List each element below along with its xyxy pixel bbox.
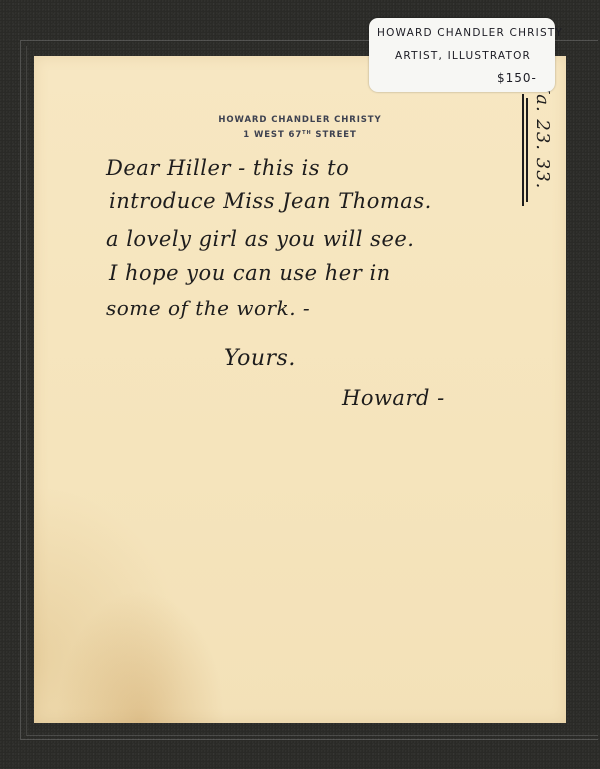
letter-signature: Howard - [342,386,445,410]
address-number: 1 WEST 67 [243,130,302,140]
address-street: STREET [312,130,357,140]
letterhead: HOWARD CHANDLER CHRISTY 1 WEST 67TH STRE… [34,114,566,142]
handwritten-date: Ja. 23. 33. [528,86,554,206]
address-ordinal: TH [302,130,311,136]
letter-line: a lovely girl as you will see. [106,227,414,251]
letter-closing: Yours. [224,346,296,371]
date-underline-2 [526,98,528,202]
letter-line: I hope you can use her in [109,261,391,285]
letterhead-name: HOWARD CHANDLER CHRISTY [34,114,566,127]
label-artist-name: HOWARD CHANDLER CHRISTY [377,27,563,39]
price-label: HOWARD CHANDLER CHRISTY ARTIST, ILLUSTRA… [369,18,555,92]
label-price: $150- [497,71,537,85]
letter-line: Dear Hiller - this is to [106,156,349,180]
letter-line: some of the work. - [106,296,310,320]
label-artist-title: ARTIST, ILLUSTRATOR [395,50,531,62]
letterhead-address: 1 WEST 67TH STREET [34,127,566,142]
letter-line: introduce Miss Jean Thomas. [109,189,432,213]
date-underline-1 [522,94,524,206]
letter-sheet: HOWARD CHANDLER CHRISTY 1 WEST 67TH STRE… [34,56,566,723]
date-text: Ja. 23. 33. [532,86,553,189]
